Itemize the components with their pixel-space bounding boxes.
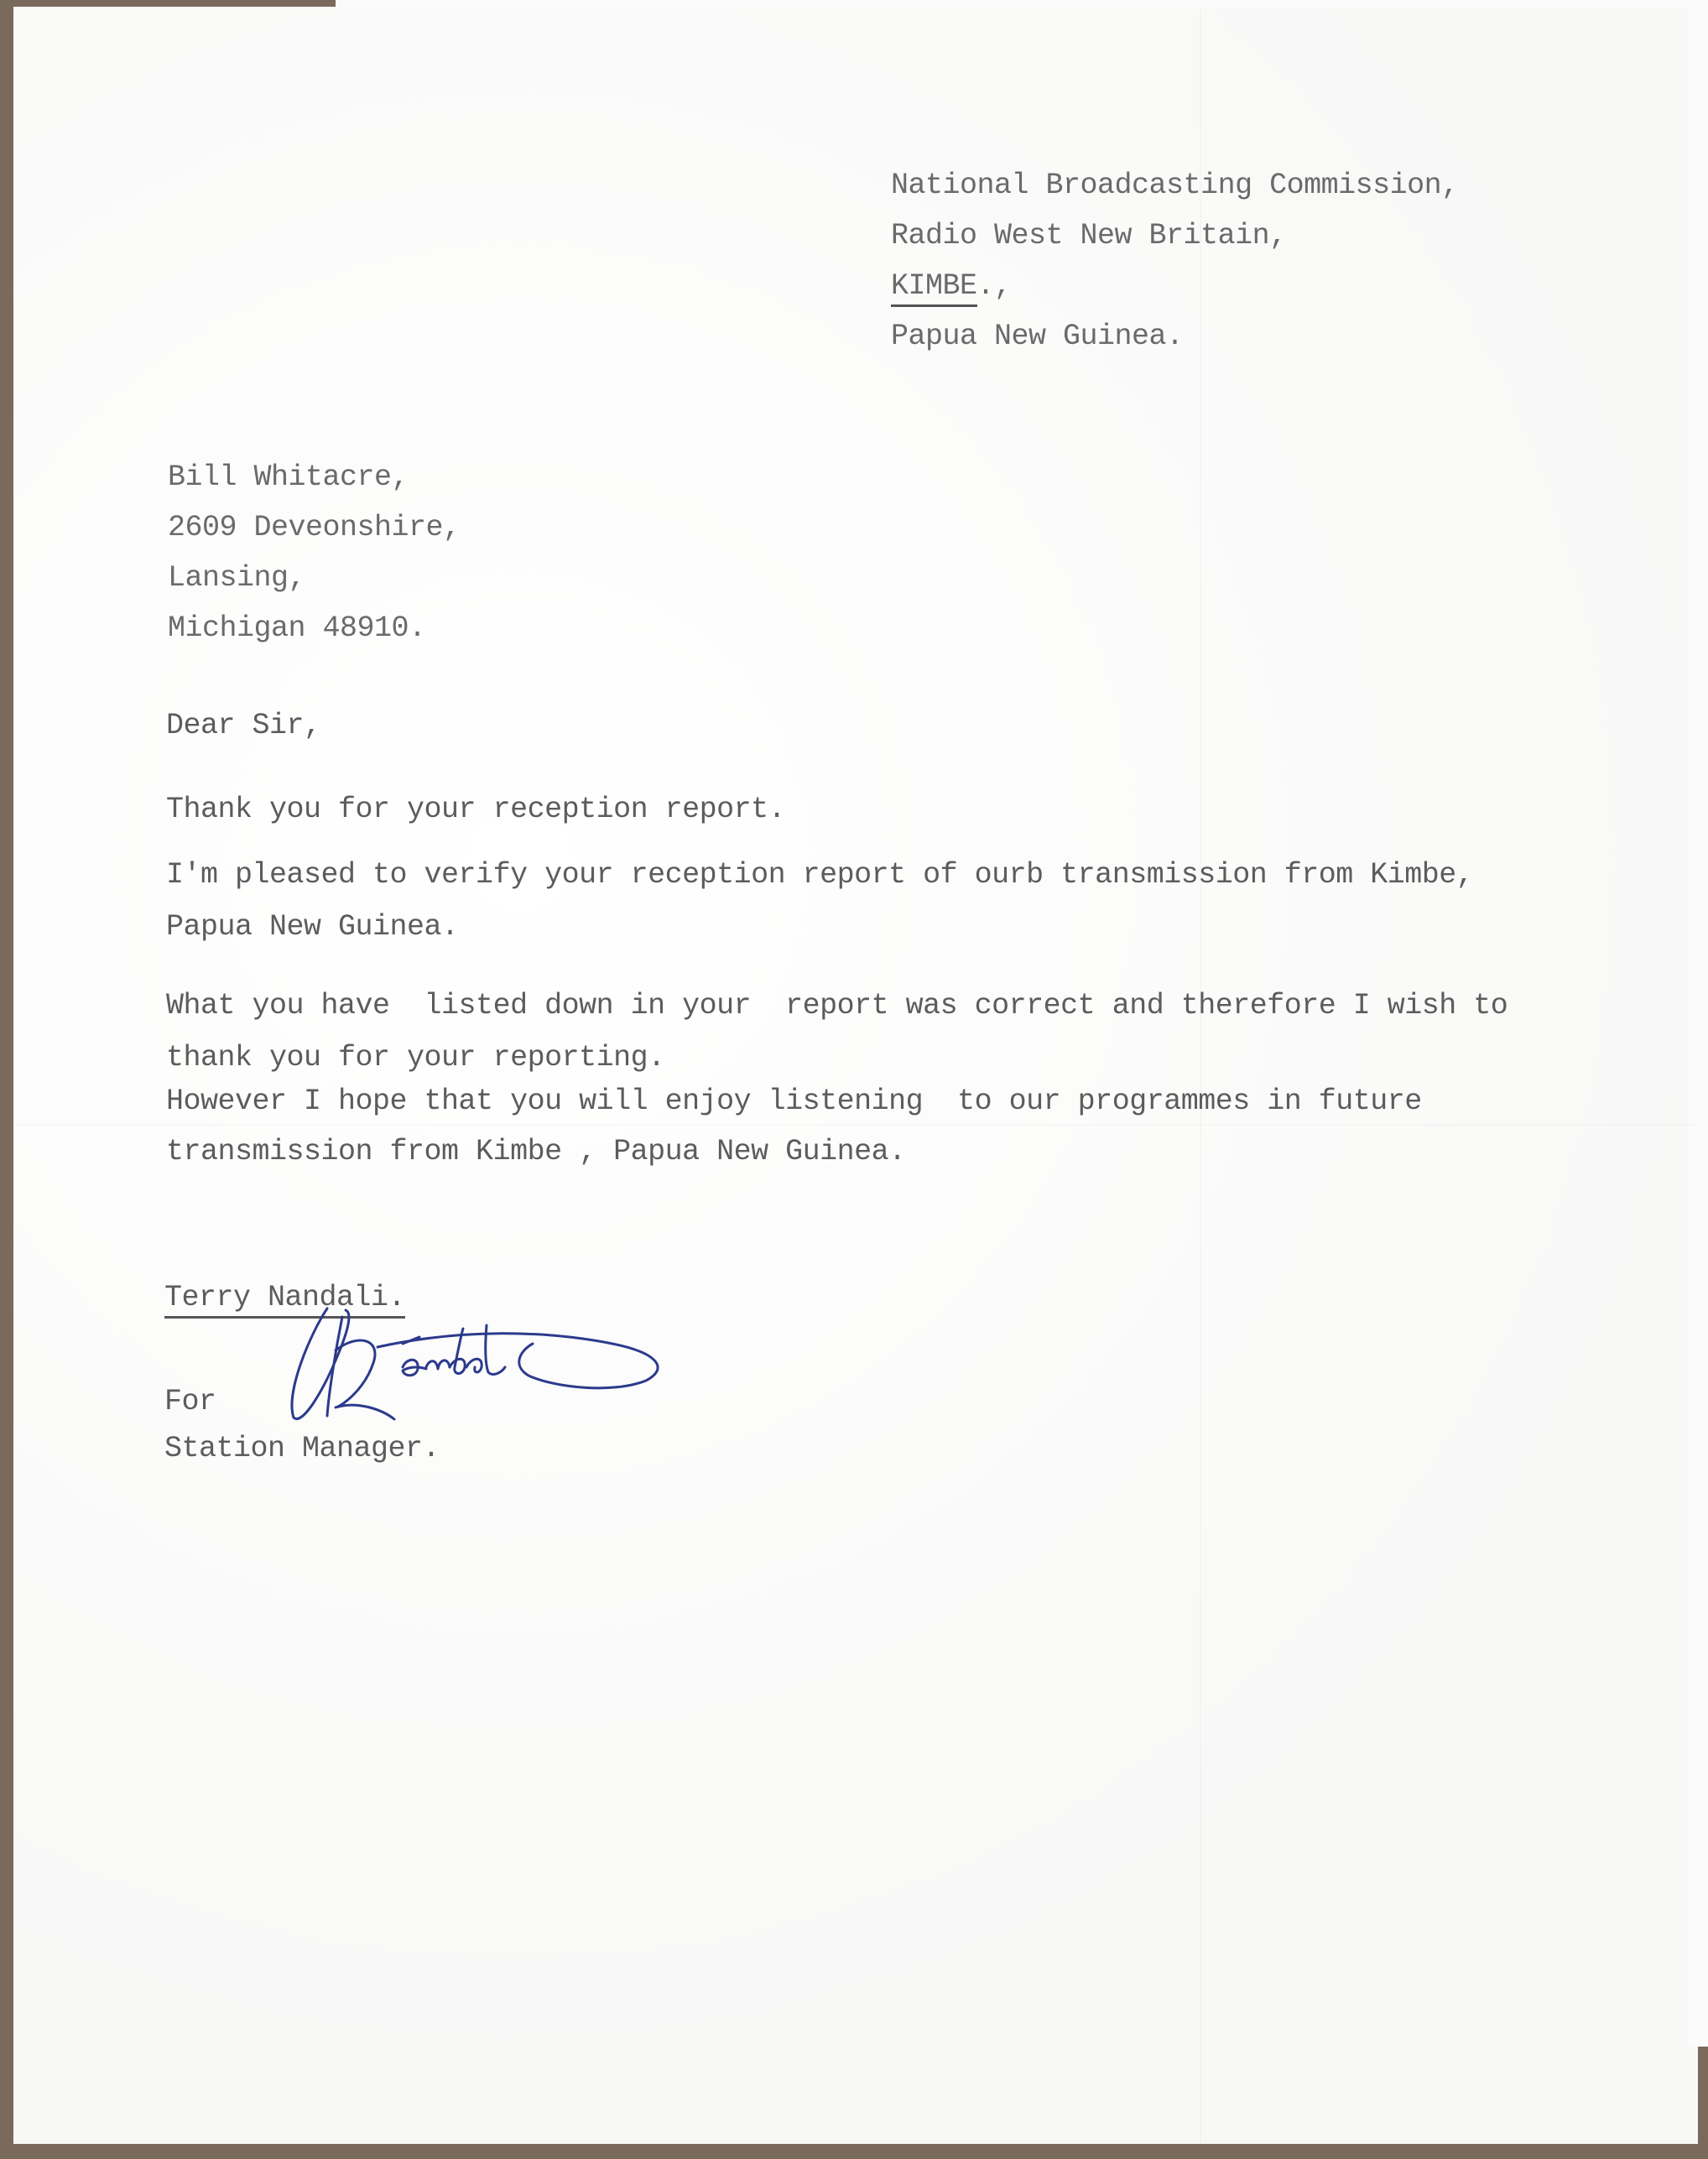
paper-edge [336,0,1708,8]
signer-title: Station Manager. [164,1434,440,1464]
sender-organization: National Broadcasting Commission, [891,171,1459,200]
for-label: For [164,1387,216,1417]
paper-edge [1688,0,1708,2047]
fold-crease [13,1124,1698,1126]
body-line: However I hope that you will enjoy liste… [166,1087,1422,1116]
body-line: transmission from Kimbe , Papua New Guin… [166,1137,906,1167]
sender-station: Radio West New Britain, [891,221,1287,251]
letter-paper [13,7,1698,2144]
body-line: I'm pleased to verify your reception rep… [166,861,1473,890]
sender-city: KIMBE [891,269,977,307]
recipient-city: Lansing, [168,564,305,593]
fold-crease [1200,7,1201,2144]
salutation: Dear Sir, [166,711,321,741]
sender-city-line: KIMBE., [891,272,1012,301]
recipient-state-zip: Michigan 48910. [168,614,426,643]
sender-country: Papua New Guinea. [891,322,1184,351]
body-line: Thank you for your reception report. [166,795,785,825]
recipient-street: 2609 Deveonshire, [168,513,461,543]
handwritten-signature-icon [277,1300,763,1434]
body-line: What you have listed down in your report… [166,991,1508,1021]
body-line: thank you for your reporting. [166,1043,665,1073]
body-line: Papua New Guinea. [166,913,459,942]
recipient-name: Bill Whitacre, [168,463,409,492]
